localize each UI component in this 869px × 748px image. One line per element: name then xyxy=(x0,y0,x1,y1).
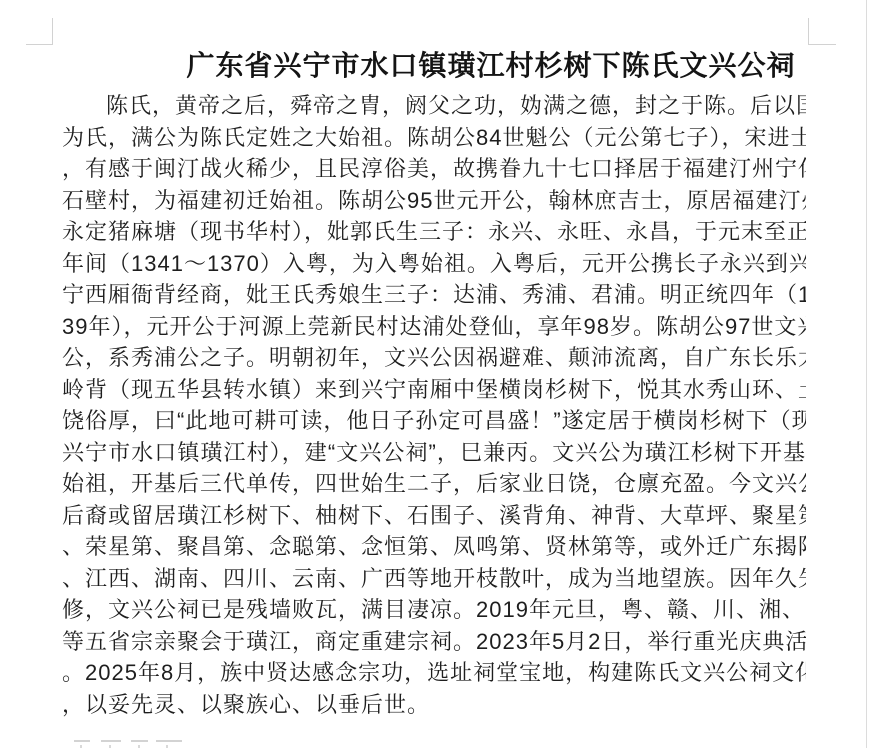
page-title[interactable]: 广东省兴宁市水口镇璜江村杉树下陈氏文兴公祠 xyxy=(62,49,806,83)
body-line[interactable]: 、江西、湖南、四川、云南、广西等地开枝散叶，成为当地望族。因年久失 xyxy=(62,563,806,595)
body-line[interactable]: 兴宁市水口镇璜江村），建“文兴公祠”，巳兼丙。文兴公为璜江杉树下开基 xyxy=(62,437,806,469)
body-line[interactable]: 陈氏，黄帝之后，舜帝之胄，阏父之功，妫满之德，封之于陈。后以国 xyxy=(62,90,806,122)
body-line[interactable]: 。2025年8月，族中贤达感念宗功，选址祠堂宝地，构建陈氏文兴公祠文化 xyxy=(62,657,806,689)
body-line[interactable]: 、荣星第、聚昌第、念聪第、念恒第、凤鸣第、贤林第等，或外迁广东揭阳 xyxy=(62,531,806,563)
page-edge xyxy=(866,0,867,748)
body-line[interactable]: ，有感于闽汀战火稀少，且民淳俗美，故携眷九十七口择居于福建汀州宁化 xyxy=(62,153,806,185)
body-line[interactable]: 永定猪麻塘（现书华村），妣郭氏生三子：永兴、永旺、永昌，于元末至正 xyxy=(62,216,806,248)
body-line[interactable]: 石壁村，为福建初迁始祖。陈胡公95世元开公，翰林庶吉士，原居福建汀州 xyxy=(62,185,806,217)
body-line[interactable]: 年间（1341～1370）入粤，为入粤始祖。入粤后，元开公携长子永兴到兴 xyxy=(62,248,806,280)
body-text[interactable]: 陈氏，黄帝之后，舜帝之胄，阏父之功，妫满之德，封之于陈。后以国为氏，满公为陈氏定… xyxy=(62,90,806,720)
body-line[interactable]: 后裔或留居璜江杉树下、柚树下、石围子、溪背角、神背、大草坪、聚星第 xyxy=(62,500,806,532)
document-page[interactable]: 广东省兴宁市水口镇璜江村杉树下陈氏文兴公祠 陈氏，黄帝之后，舜帝之胄，阏父之功，… xyxy=(0,0,869,748)
body-line[interactable]: 岭背（现五华县转水镇）来到兴宁南厢中堡横岗杉树下，悦其水秀山环、土 xyxy=(62,374,806,406)
body-line[interactable]: 等五省宗亲聚会于璜江，商定重建宗祠。2023年5月2日，举行重光庆典活动 xyxy=(62,626,806,658)
body-line[interactable]: 宁西厢衙背经商，妣王氏秀娘生三子：达浦、秀浦、君浦。明正统四年（14 xyxy=(62,279,806,311)
body-line[interactable]: 修，文兴公祠已是残墙败瓦，满目凄凉。2019年元旦，粤、赣、川、湘、滇 xyxy=(62,594,806,626)
body-line[interactable]: 饶俗厚，曰“此地可耕可读，他日子孙定可昌盛！”遂定居于横岗杉树下（现 xyxy=(62,405,806,437)
body-line[interactable]: ，以妥先灵、以聚族心、以垂后世。 xyxy=(62,689,806,721)
body-line[interactable]: 39年），元开公于河源上莞新民村达浦处登仙，享年98岁。陈胡公97世文兴 xyxy=(62,311,806,343)
body-line[interactable]: 为氏，满公为陈氏定姓之大始祖。陈胡公84世魁公（元公第七子），宋进士 xyxy=(62,122,806,154)
body-line[interactable]: 始祖，开基后三代单传，四世始生二子，后家业日饶，仓廪充盈。今文兴公 xyxy=(62,468,806,500)
body-line[interactable]: 公，系秀浦公之子。明朝初年，文兴公因祸避难、颠沛流离，自广东长乐大 xyxy=(62,342,806,374)
